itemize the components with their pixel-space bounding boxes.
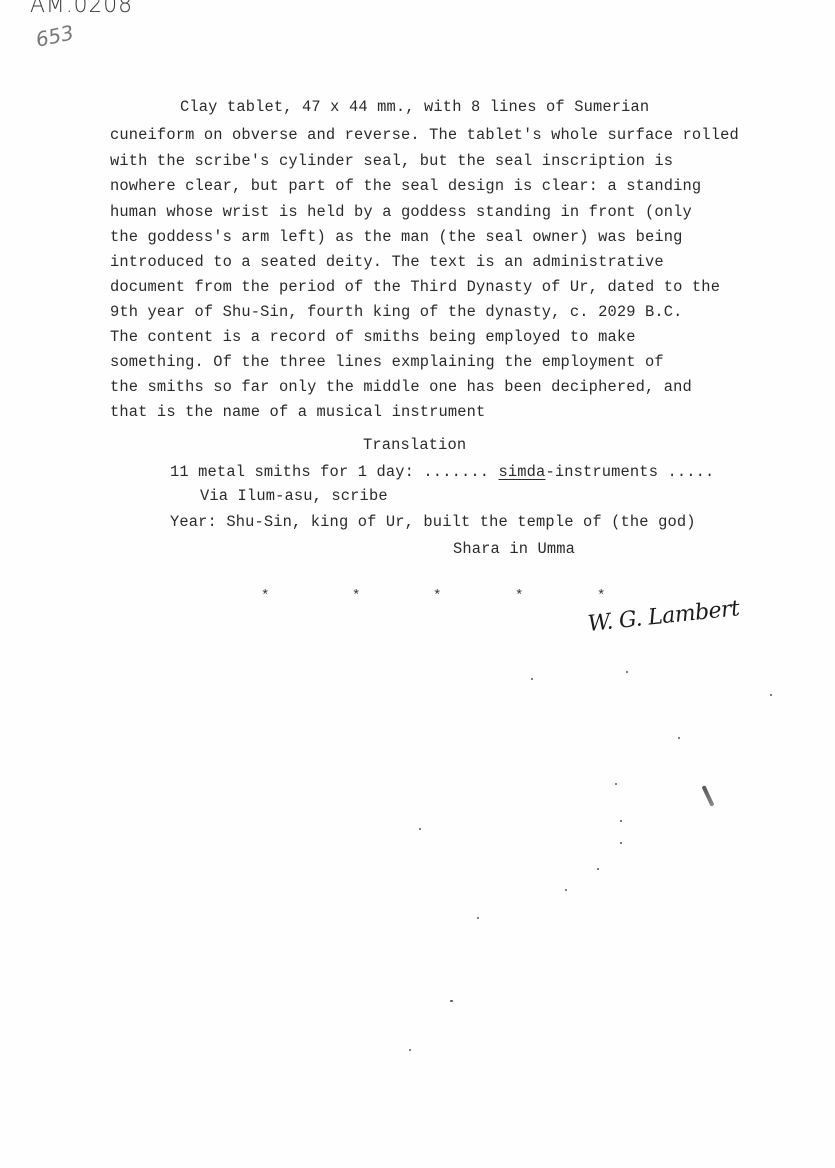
- description-line: the smiths so far only the middle one ha…: [110, 378, 692, 396]
- accession-number: AM.0208: [30, 0, 133, 18]
- scan-speck: [477, 917, 479, 919]
- separator-star: *: [515, 588, 523, 604]
- scan-speck: [565, 889, 567, 891]
- instrument-term: simda: [499, 463, 546, 481]
- scan-speck: [597, 868, 599, 870]
- pencil-note: 653: [34, 20, 76, 51]
- scan-speck: [678, 737, 680, 739]
- translation-line-prefix: 11 metal smiths for 1 day: .......: [170, 463, 499, 481]
- signature: W. G. Lambert: [587, 596, 741, 637]
- separator-star: *: [261, 588, 269, 604]
- translation-line: Via Ilum-asu, scribe: [200, 487, 388, 505]
- description-line: 9th year of Shu-Sin, fourth king of the …: [110, 303, 683, 321]
- scan-speck: [531, 678, 533, 680]
- scan-speck: [626, 671, 628, 673]
- document-page: AM.0208 653 Clay tablet, 47 x 44 mm., wi…: [0, 0, 835, 1168]
- scan-speck: [620, 820, 622, 822]
- translation-line: Shara in Umma: [453, 540, 575, 558]
- scan-speck: [419, 828, 421, 830]
- description-line: document from the period of the Third Dy…: [110, 278, 720, 296]
- separator-star: *: [433, 588, 441, 604]
- separator-star: *: [352, 588, 360, 604]
- scan-speck: [451, 1000, 453, 1002]
- scan-speck: [770, 694, 772, 696]
- pen-mark: [702, 785, 715, 807]
- separator-star: *: [597, 588, 605, 604]
- translation-line-suffix: -instruments .....: [545, 463, 714, 481]
- description-line: cuneiform on obverse and reverse. The ta…: [110, 126, 739, 144]
- description-line: Clay tablet, 47 x 44 mm., with 8 lines o…: [180, 98, 649, 116]
- description-line: introduced to a seated deity. The text i…: [110, 253, 664, 271]
- description-line: The content is a record of smiths being …: [110, 328, 636, 346]
- description-line: human whose wrist is held by a goddess s…: [110, 203, 692, 221]
- translation-line: 11 metal smiths for 1 day: ....... simda…: [170, 463, 714, 481]
- description-line: that is the name of a musical instrument: [110, 403, 485, 421]
- scan-speck: [620, 842, 622, 844]
- scan-speck: [615, 783, 617, 785]
- description-line: nowhere clear, but part of the seal desi…: [110, 177, 701, 195]
- scan-speck: [409, 1049, 411, 1051]
- translation-heading: Translation: [363, 436, 466, 454]
- description-line: the goddess's arm left) as the man (the …: [110, 228, 683, 246]
- description-line: with the scribe's cylinder seal, but the…: [110, 152, 673, 170]
- translation-line: Year: Shu-Sin, king of Ur, built the tem…: [170, 513, 696, 531]
- description-line: something. Of the three lines exmplainin…: [110, 353, 664, 371]
